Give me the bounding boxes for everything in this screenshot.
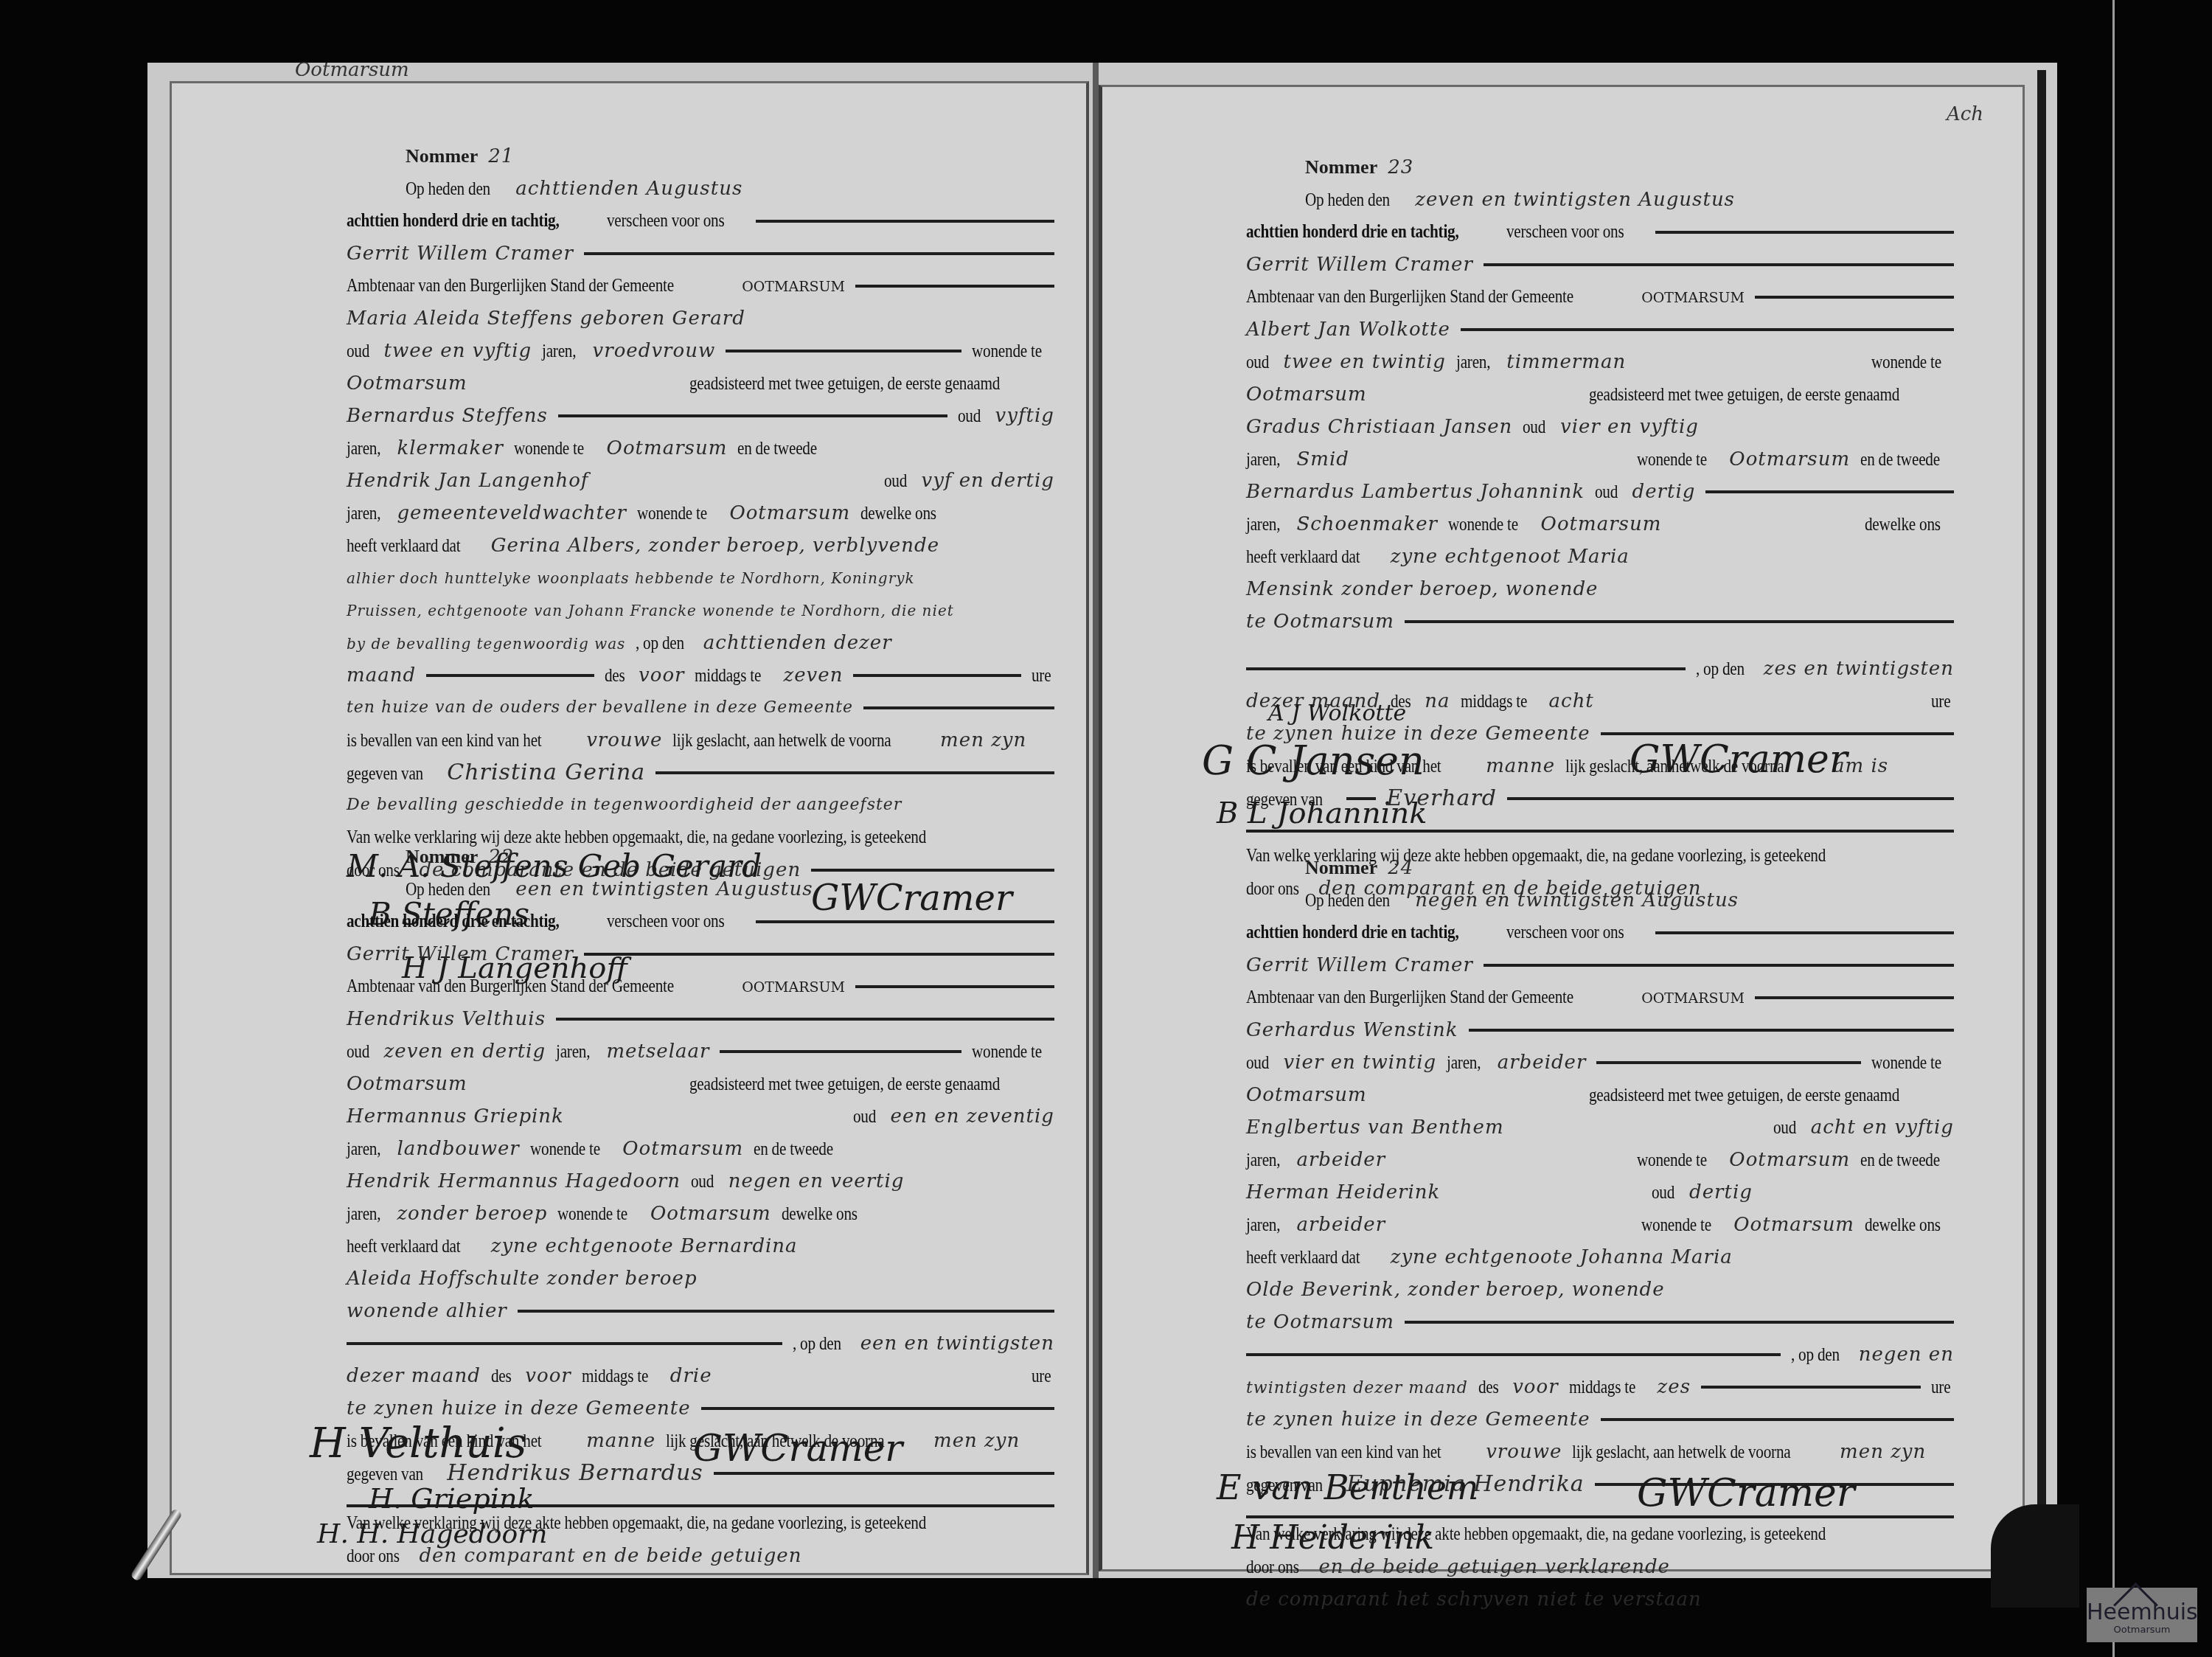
ambtenaar-label: Ambtenaar van den Burgerlijken Stand der… [1246, 281, 1573, 313]
birth-place: ten huize van de ouders der bevallene in… [347, 692, 853, 724]
ure-label: ure [1931, 1372, 1950, 1404]
middags-label: middags te [1461, 686, 1527, 718]
witness1-age: vyftig [995, 400, 1054, 432]
birth-hour: zes [1658, 1371, 1691, 1403]
statement-line: te Ootmarsum [1246, 605, 1394, 638]
birth-month: dezer maand [347, 1360, 481, 1392]
declarant-residence: Ootmarsum [1246, 1079, 1367, 1111]
witness1-age: een en zeventig [891, 1100, 1055, 1133]
wonende-label: wonende te [1871, 347, 1941, 379]
declarant-occupation: arbeider [1498, 1046, 1587, 1079]
dewelke-label: dewelke ons [1865, 1209, 1941, 1242]
signature: B L Johannink [1217, 796, 1427, 830]
municipality: OOTMARSUM [1641, 282, 1745, 314]
declarant-residence: Ootmarsum [347, 367, 467, 400]
des-label: des [1478, 1372, 1499, 1404]
op-den-label: , op den [1696, 653, 1745, 686]
statement-line: te Ootmarsum [1246, 1306, 1394, 1338]
bevallen-label: is bevallen van een kind van het [347, 725, 541, 757]
corner-note-top-right: Ach [1947, 103, 1983, 125]
witness2-occupation: Schoenmaker [1296, 508, 1438, 541]
witness1-residence: Ootmarsum [622, 1133, 743, 1165]
ambtenaar-label: Ambtenaar van den Burgerlijken Stand der… [347, 270, 674, 302]
ambtenaar-label: Ambtenaar van den Burgerlijken Stand der… [347, 970, 674, 1003]
geslacht-label: lijk geslacht, aan hetwelk de voorna [672, 725, 891, 757]
middags-label: middags te [582, 1361, 648, 1393]
middags-label: middags te [695, 660, 761, 692]
signed-by-continued: de comparant het schryven niet te versta… [1246, 1583, 1702, 1616]
signature: A J Wolkotte [1268, 701, 1406, 726]
verklaard-label: heeft verklaard dat [1246, 541, 1360, 574]
declarant-name: Albert Jan Wolkotte [1246, 313, 1450, 346]
witness2-name: Hendrik Jan Langenhof [347, 465, 588, 497]
signature: H. H. Hagedoorn [317, 1519, 548, 1549]
witness1-name: Bernardus Steffens [347, 400, 548, 432]
verscheen-label: verscheen voor ons [1506, 917, 1624, 949]
entry-21: Nommer21 Op heden denachttienden Augustu… [347, 140, 1054, 886]
birth-ampm: voor [1512, 1371, 1558, 1403]
witness2-residence: Ootmarsum [1541, 508, 1662, 541]
dewelke-label: dewelke ons [1865, 509, 1941, 541]
ure-label: ure [1032, 660, 1051, 692]
signature: H Velthuis [310, 1420, 526, 1467]
municipality: OOTMARSUM [742, 971, 845, 1004]
declarant-residence: Ootmarsum [347, 1068, 467, 1100]
witness2-age: vyf en dertig [921, 465, 1054, 497]
scan-border-line [2112, 0, 2115, 1657]
wonende-label: wonende te [1637, 1144, 1707, 1177]
ambtenaar-label: Ambtenaar van den Burgerlijken Stand der… [1246, 982, 1573, 1014]
signature-official: GWCramer [1630, 737, 1848, 782]
dewelke-label: dewelke ons [782, 1198, 858, 1231]
birth-hour: zeven [784, 659, 844, 692]
declarant-occupation: metselaar [606, 1035, 709, 1068]
child-name: Christina Gerina [447, 757, 645, 789]
geadsisteerd-label: geadsisteerd met twee getuigen, de eerst… [1589, 379, 1899, 411]
witness2-age: dertig [1632, 476, 1696, 508]
op-den-label: , op den [793, 1328, 841, 1361]
wonende-label: wonende te [972, 336, 1042, 368]
birth-day: achttienden dezer [703, 627, 892, 659]
witness1-occupation: arbeider [1296, 1144, 1385, 1176]
birth-hour: drie [670, 1360, 712, 1392]
verscheen-label: verscheen voor ons [607, 906, 724, 938]
ure-label: ure [1032, 1361, 1051, 1393]
middags-label: middags te [1569, 1372, 1635, 1404]
geadsisteerd-label: geadsisteerd met twee getuigen, de eerst… [1589, 1080, 1899, 1112]
statement-line: alhier doch hunttelyke woonplaats hebben… [347, 562, 915, 594]
witness1-name: Gradus Christiaan Jansen [1246, 411, 1512, 443]
witness1-residence: Ootmarsum [1729, 443, 1850, 476]
entry-number: 24 [1388, 852, 1413, 884]
oud-label: oud [1595, 476, 1618, 509]
declarant-name: Hendrikus Velthuis [347, 1003, 546, 1035]
jaren-label: jaren, [1447, 1047, 1481, 1080]
watermark-subtitle: Ootmarsum [2087, 1625, 2197, 1636]
tweede-label: en de tweede [1860, 444, 1940, 476]
signature: E van Benthem [1217, 1467, 1478, 1507]
declarant-age: twee en twintig [1284, 346, 1446, 378]
jaren-label: jaren, [347, 498, 380, 530]
jaren-label: jaren, [347, 1133, 380, 1166]
oud-label: oud [347, 1036, 369, 1069]
child-sex: manne [1486, 750, 1555, 782]
nummer-label: Nommer [1305, 151, 1377, 184]
birth-month: twintigsten dezer maand [1246, 1372, 1468, 1405]
year-label: achttien honderd drie en tachtig, [347, 205, 559, 237]
gegeven-label: gegeven van [347, 758, 423, 791]
declarant-residence: Ootmarsum [1246, 378, 1367, 411]
birth-ampm: voor [525, 1360, 571, 1392]
page-edge [2037, 70, 2046, 1574]
signature-official: GWCramer [1637, 1471, 1855, 1515]
wonende-label: wonende te [530, 1133, 600, 1166]
oud-label: oud [1246, 1047, 1269, 1080]
jaren-label: jaren, [1246, 1209, 1280, 1242]
oud-label: oud [1652, 1177, 1674, 1209]
witness2-occupation: gemeenteveldwachter [397, 497, 626, 529]
op-den-label: , op den [1791, 1339, 1840, 1372]
op-heden-label: Op heden den [406, 173, 490, 206]
declarant-age: twee en vyftig [384, 335, 532, 367]
dewelke-label: dewelke ons [860, 498, 936, 530]
tweede-label: en de tweede [737, 433, 817, 465]
geslacht-label: lijk geslacht, aan hetwelk de voorna [1572, 1437, 1790, 1469]
birth-day: een en twintigsten [860, 1327, 1054, 1360]
entry-23: Nommer23 Op heden denzeven en twintigste… [1246, 151, 1954, 905]
nummer-label: Nommer [406, 841, 478, 873]
entry-number: 23 [1388, 151, 1413, 184]
oud-label: oud [853, 1101, 876, 1133]
center-fold [1093, 63, 1099, 1578]
witness1-name: Englbertus van Benthem [1246, 1111, 1504, 1144]
birth-ampm: voor [639, 659, 684, 692]
geadsisteerd-label: geadsisteerd met twee getuigen, de eerst… [689, 368, 1000, 400]
declarant-occupation: vroedvrouw [593, 335, 716, 367]
wonende-label: wonende te [1641, 1209, 1711, 1242]
tweede-label: en de tweede [1860, 1144, 1940, 1177]
jaren-label: jaren, [556, 1036, 590, 1069]
oud-label: oud [1523, 411, 1545, 444]
municipality: OOTMARSUM [1641, 982, 1745, 1015]
signature-official: GWCramer [693, 1427, 902, 1470]
op-heden-label: Op heden den [406, 874, 490, 906]
entry-date: een en twintigsten Augustus [515, 873, 813, 906]
statement-line: Pruissen, echtgenoote van Johann Francke… [347, 594, 954, 627]
entry-number: 21 [488, 140, 514, 173]
official-name: Gerrit Willem Cramer [347, 237, 574, 270]
names-suffix: men zyn [940, 724, 1026, 757]
wonende-label: wonende te [1637, 444, 1707, 476]
declarant-age: zeven en dertig [384, 1035, 546, 1068]
witness2-name: Hendrik Hermannus Hagedoorn [347, 1165, 681, 1198]
birth-place: te zynen huize in deze Gemeente [1246, 1403, 1590, 1436]
declarant-name: Gerhardus Wenstink [1246, 1014, 1458, 1046]
child-sex: vrouwe [1486, 1436, 1562, 1468]
witness1-age: acht en vyftig [1811, 1111, 1954, 1144]
names-suffix: men zyn [933, 1425, 1020, 1457]
wonende-label: wonende te [1871, 1047, 1941, 1080]
geadsisteerd-label: geadsisteerd met twee getuigen, de eerst… [689, 1069, 1000, 1101]
jaren-label: jaren, [1246, 444, 1280, 476]
op-den-label: , op den [636, 628, 684, 660]
jaren-label: jaren, [347, 433, 380, 465]
oud-label: oud [884, 465, 907, 498]
jaren-label: jaren, [1246, 1144, 1280, 1177]
verscheen-label: verscheen voor ons [607, 205, 724, 237]
witness2-name: Bernardus Lambertus Johannink [1246, 476, 1585, 508]
witness2-occupation: zonder beroep [397, 1198, 547, 1230]
names-suffix: men zyn [1840, 1436, 1926, 1468]
jaren-label: jaren, [1456, 347, 1490, 379]
bevallen-label: is bevallen van een kind van het [1246, 1437, 1441, 1469]
witness1-residence: Ootmarsum [607, 432, 728, 465]
statement-line: Aleida Hoffschulte zonder beroep [347, 1262, 698, 1295]
child-sex: vrouwe [586, 724, 662, 757]
wonende-label: wonende te [557, 1198, 627, 1231]
year-label: achttien honderd drie en tachtig, [1246, 917, 1458, 949]
ure-label: ure [1931, 686, 1950, 718]
declarant-name: Maria Aleida Steffens geboren Gerard [347, 302, 745, 335]
verscheen-label: verscheen voor ons [1506, 216, 1624, 249]
oud-label: oud [347, 336, 369, 368]
statement-line: Mensink zonder beroep, wonende [1246, 573, 1598, 605]
jaren-label: jaren, [1246, 509, 1280, 541]
verklaard-label: heeft verklaard dat [1246, 1242, 1360, 1274]
wonende-label: wonende te [637, 498, 707, 530]
tweede-label: en de tweede [754, 1133, 833, 1166]
declarant-occupation: timmerman [1506, 346, 1626, 378]
entry-number: 22 [488, 841, 514, 873]
witness1-residence: Ootmarsum [1729, 1144, 1850, 1176]
entry-date: zeven en twintigsten Augustus [1415, 184, 1735, 216]
official-name: Gerrit Willem Cramer [1246, 249, 1473, 281]
statement-line: zyne echtgenoote Bernardina [491, 1230, 798, 1262]
oud-label: oud [958, 400, 981, 433]
wonende-label: wonende te [972, 1036, 1042, 1069]
dark-corner-shadow [1991, 1504, 2079, 1608]
statement-line: Gerina Albers, zonder beroep, verblyvend… [491, 529, 939, 562]
birth-hour: acht [1549, 685, 1594, 718]
entry-date: achttienden Augustus [515, 173, 742, 205]
statement-line: by de bevalling tegenwoordig was [347, 628, 625, 660]
extra-note: De bevalling geschiedde in tegenwoordigh… [347, 789, 902, 821]
corner-note-top-left: Ootmarsum [295, 59, 409, 81]
birth-ampm: na [1425, 685, 1450, 718]
official-name: Gerrit Willem Cramer [1246, 949, 1473, 982]
witness1-name: Hermannus Griepink [347, 1100, 564, 1133]
witness2-name: Herman Heiderink [1246, 1176, 1440, 1209]
oud-label: oud [1773, 1112, 1796, 1144]
jaren-label: jaren, [347, 1198, 380, 1231]
birth-day: zes en twintigsten [1764, 653, 1954, 685]
statement-line: wonende alhier [347, 1295, 507, 1327]
year-label: achttien honderd drie en tachtig, [1246, 216, 1458, 249]
des-label: des [491, 1361, 512, 1393]
des-label: des [605, 660, 625, 692]
statement-line: zyne echtgenoot Maria [1391, 541, 1630, 573]
witness2-age: dertig [1689, 1176, 1753, 1209]
nummer-label: Nommer [1305, 852, 1377, 884]
witness1-occupation: landbouwer [397, 1133, 519, 1165]
statement-line: zyne echtgenoote Johanna Maria [1391, 1241, 1733, 1274]
witness2-residence: Ootmarsum [1733, 1209, 1854, 1241]
official-name: Gerrit Willem Cramer [347, 938, 574, 970]
heemhuis-watermark: Heemhuis Ootmarsum [2087, 1588, 2197, 1642]
witness1-occupation: klermaker [397, 432, 504, 465]
signature: H. Griepink [369, 1482, 534, 1515]
oud-label: oud [1246, 347, 1269, 379]
op-heden-label: Op heden den [1305, 184, 1390, 217]
verklaard-label: heeft verklaard dat [347, 530, 460, 563]
statement-line: Olde Beverink, zonder beroep, wonende [1246, 1274, 1665, 1306]
child-sex: manne [586, 1425, 655, 1457]
witness1-age: vier en vyftig [1560, 411, 1699, 443]
birth-month: maand [347, 659, 416, 692]
entry-date: negen en twintigsten Augustus [1415, 884, 1739, 917]
op-heden-label: Op heden den [1305, 885, 1390, 917]
witness2-residence: Ootmarsum [650, 1198, 771, 1230]
verklaard-label: heeft verklaard dat [347, 1231, 460, 1263]
wonende-label: wonende te [1448, 509, 1518, 541]
birth-day: negen en [1859, 1338, 1954, 1371]
municipality: OOTMARSUM [742, 271, 845, 303]
wonende-label: wonende te [514, 433, 584, 465]
witness2-residence: Ootmarsum [729, 497, 850, 529]
declarant-age: vier en twintig [1284, 1046, 1437, 1079]
jaren-label: jaren, [542, 336, 576, 368]
witness1-occupation: Smid [1296, 443, 1349, 476]
year-label: achttien honderd drie en tachtig, [347, 906, 559, 938]
signature: H Heiderink [1231, 1519, 1434, 1557]
nummer-label: Nommer [406, 140, 478, 173]
signature: G C Jansen [1202, 737, 1425, 784]
oud-label: oud [691, 1166, 714, 1198]
witness2-age: negen en veertig [728, 1165, 905, 1198]
witness2-occupation: arbeider [1296, 1209, 1385, 1241]
